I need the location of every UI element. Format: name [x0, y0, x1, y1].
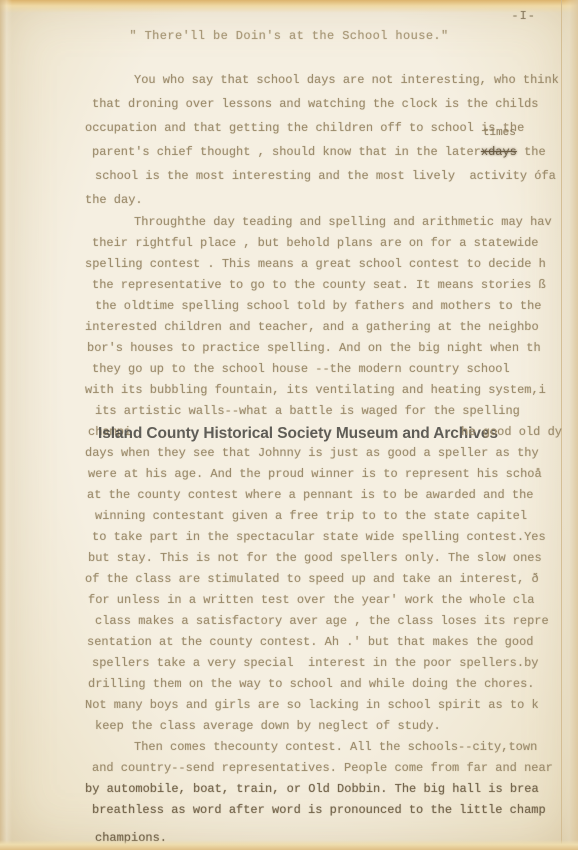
- text-line: class makes a satisfactory aver age , th…: [95, 611, 562, 632]
- watermark: Island County Historical Society Museum …: [98, 423, 498, 444]
- page-right-edge: [561, 0, 578, 850]
- text-line: days when they see that Johnny is just a…: [85, 443, 562, 464]
- page-left-edge: [0, 0, 12, 850]
- page-number: -I-: [511, 9, 536, 23]
- text-line: and country--send representatives. Peopl…: [92, 758, 562, 779]
- page-top-edge: [0, 0, 578, 13]
- text-line: Then comes thecounty contest. All the sc…: [88, 737, 562, 758]
- text-line: with its bubbling fountain, its ventilat…: [85, 380, 562, 401]
- text-line: the representative to go to the county s…: [92, 275, 562, 296]
- text-line: but stay. This is not for the good spell…: [88, 548, 562, 569]
- overstrike-group: timesxdays: [481, 140, 517, 164]
- text-line: that droning over lessons and watching t…: [92, 92, 562, 116]
- text-line: interested children and teacher, and a g…: [85, 317, 562, 338]
- text-line: Not many boys and girls are so lacking i…: [85, 695, 562, 716]
- text-segment: he good old dy: [461, 422, 562, 443]
- paragraph: Then comes thecounty contest. All the sc…: [88, 737, 562, 849]
- text-line: at the county contest where a pennant is…: [87, 485, 562, 506]
- text-line: the oldtime spelling school told by fath…: [95, 296, 562, 317]
- text-line: spelling contest . This means a great sc…: [85, 254, 562, 275]
- text-line: school is the most interesting and the m…: [95, 164, 562, 188]
- paragraph: You who say that school days are not int…: [88, 68, 562, 212]
- text-line: were at his age. And the proud winner is…: [88, 464, 562, 485]
- text-segment: parent's chief thought , should know tha…: [92, 145, 481, 159]
- document-page: -I- " There'll be Doin's at the School h…: [0, 0, 578, 850]
- text-line: by automobile, boat, train, or Old Dobbi…: [85, 779, 562, 800]
- text-line: sentation at the county contest. Ah .' b…: [87, 632, 562, 653]
- text-line: of the class are stimulated to speed up …: [85, 569, 562, 590]
- text-body: You who say that school days are not int…: [0, 68, 578, 849]
- text-line: to take part in the spectacular state wi…: [92, 527, 562, 548]
- text-line: its artistic walls--what a battle is wag…: [95, 401, 562, 422]
- text-line: bor's houses to practice spelling. And o…: [87, 338, 562, 359]
- text-line: drilling them on the way to school and w…: [88, 674, 562, 695]
- text-line: their rightful place , but behold plans …: [92, 233, 562, 254]
- text-line: champiIsland County Historical Society M…: [88, 422, 562, 443]
- text-line: breathless as word after word is pronoun…: [92, 800, 562, 821]
- text-segment: the: [517, 145, 546, 159]
- text-line: they go up to the school house --the mod…: [92, 359, 562, 380]
- text-line: keep the class average down by neglect o…: [95, 716, 562, 737]
- text-line: spellers take a very special interest in…: [92, 653, 562, 674]
- text-line: for unless in a written test over the ye…: [88, 590, 562, 611]
- struck-word: xdays: [481, 145, 517, 159]
- inserted-word: times: [483, 128, 516, 139]
- text-line: You who say that school days are not int…: [88, 68, 562, 92]
- paragraph: Throughthe day teading and spelling and …: [88, 212, 562, 737]
- text-line: winning contestant given a free trip to …: [95, 506, 562, 527]
- text-line: parent's chief thought , should know tha…: [92, 140, 562, 164]
- text-line: the day.: [85, 188, 562, 212]
- page-bottom-edge: [0, 840, 578, 850]
- text-line: Throughthe day teading and spelling and …: [88, 212, 562, 233]
